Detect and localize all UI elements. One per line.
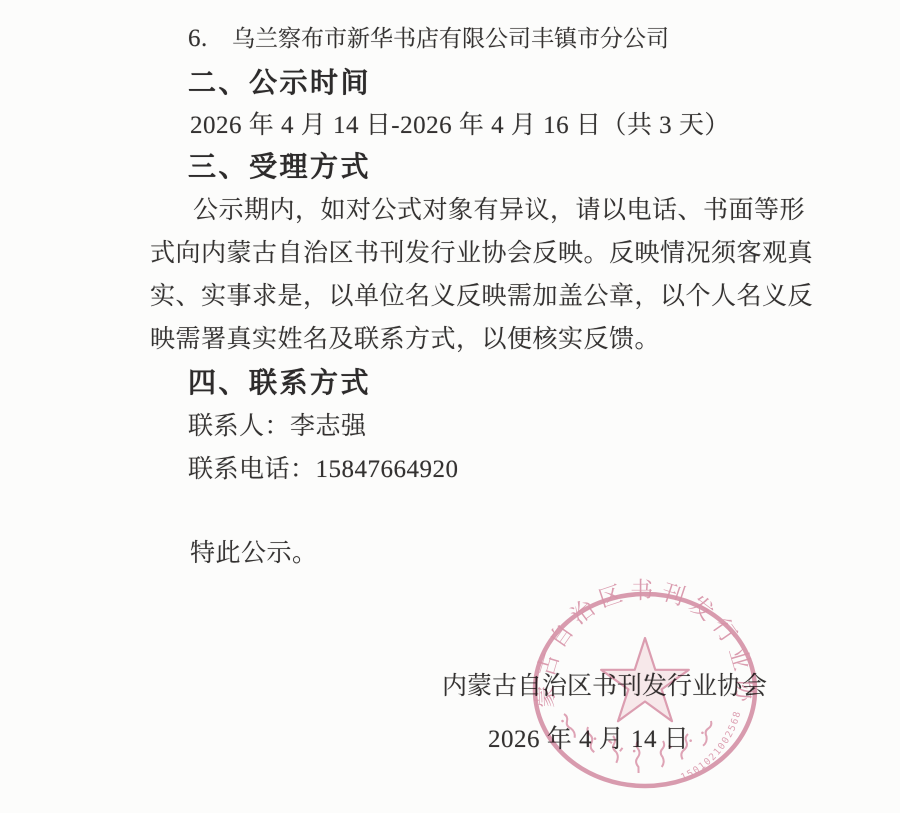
- mongolian-glyph: [680, 734, 693, 761]
- section-heading-publicity-time: 二、公示时间: [150, 61, 818, 101]
- publicity-date-range: 2026 年 4 月 14 日-2026 年 4 月 16 日（共 3 天）: [150, 105, 818, 141]
- seal-mongolian-script: [559, 713, 713, 773]
- mongolian-glyph: [697, 719, 713, 746]
- mongolian-glyph: [659, 741, 672, 768]
- star-icon: [601, 638, 689, 721]
- paragraph-line: 公示期内，如对公式对象有异议，请以电话、书面等形: [150, 190, 818, 226]
- contact-phone: 联系电话：15847664920: [150, 449, 818, 485]
- paragraph-line: 映需署真实姓名及联系方式，以便核实反馈。: [150, 319, 818, 355]
- announcement-document-page: 6.乌兰察布市新华书店有限公司丰镇市分公司 二、公示时间 2026 年 4 月 …: [0, 0, 900, 813]
- mongolian-glyph: [586, 726, 600, 753]
- contact-person: 联系人：李志强: [150, 406, 818, 442]
- mongolian-glyph: [559, 713, 576, 740]
- list-item: 6.乌兰察布市新华书店有限公司丰镇市分公司: [150, 20, 818, 53]
- closing-statement: 特此公示。: [150, 533, 818, 569]
- mongolian-glyph: [608, 735, 624, 763]
- paragraph-line: 式向内蒙古自治区书刊发行业协会反映。反映情况须客观真: [150, 233, 818, 269]
- section-heading-acceptance-method: 三、受理方式: [150, 145, 818, 185]
- list-item-company-name: 乌兰察布市新华书店有限公司丰镇市分公司: [232, 26, 669, 51]
- section-heading-contact-info: 四、联系方式: [150, 361, 818, 401]
- list-item-number: 6.: [188, 25, 232, 53]
- mongolian-glyph: [633, 741, 640, 773]
- official-red-seal: 内蒙古自治区书刊发行业协会 1501021002568: [520, 578, 770, 813]
- paragraph-line: 实、实事求是，以单位名义反映需加盖公章，以个人名义反: [150, 276, 818, 312]
